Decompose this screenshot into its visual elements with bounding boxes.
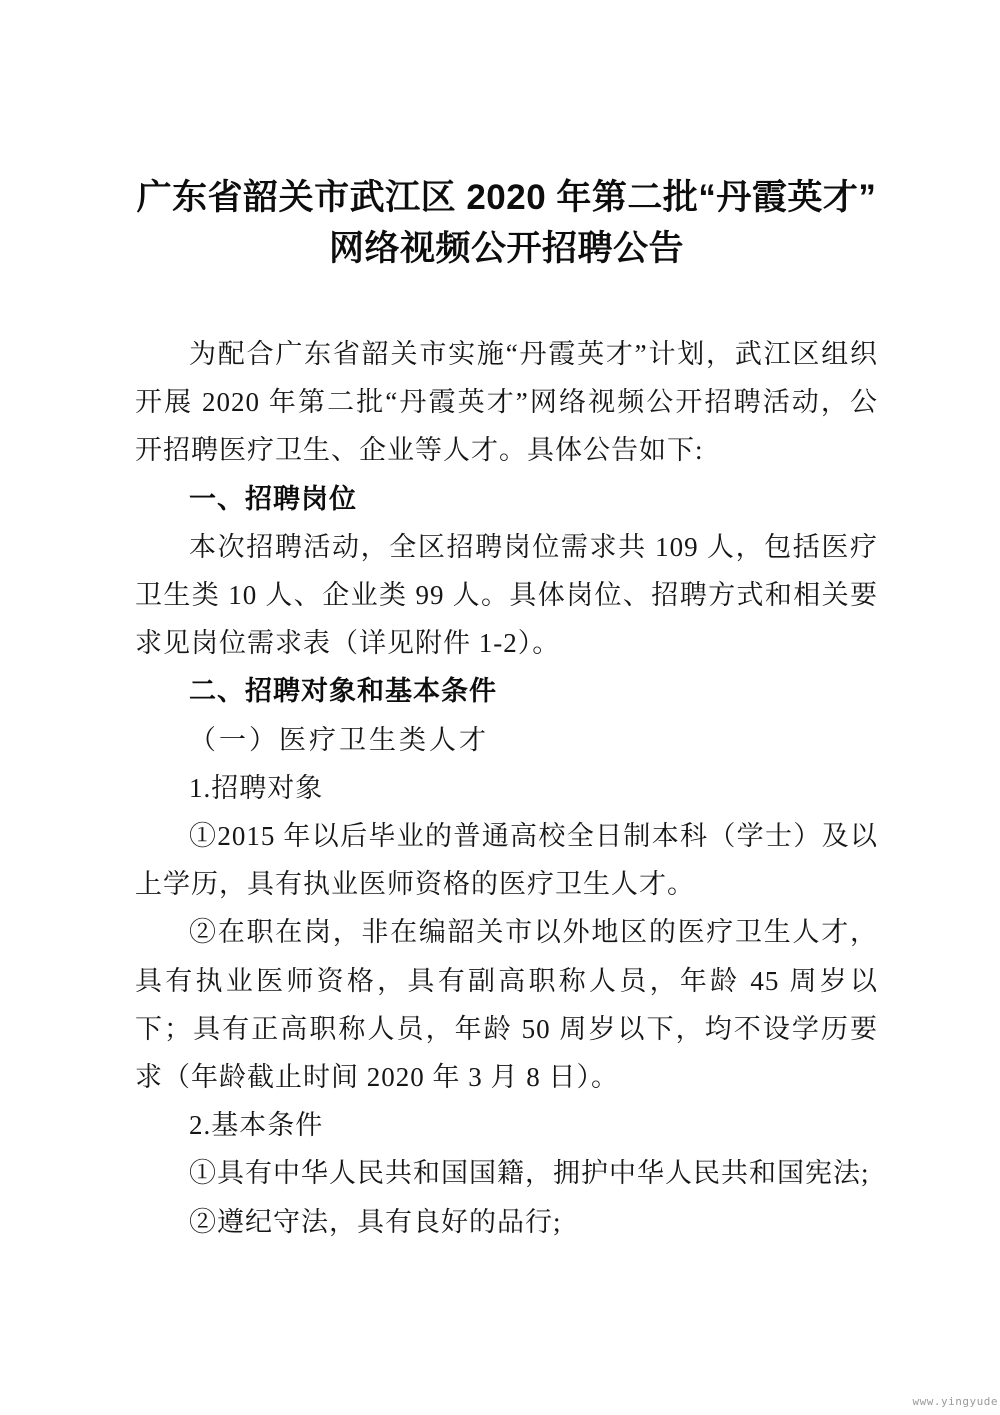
basic-condition-point-1: ①具有中华人民共和国国籍，拥护中华人民共和国宪法; [135,1149,878,1197]
watermark-text: www.yingyude [913,1395,998,1408]
document-content: 广东省韶关市武江区 2020 年第二批“丹霞英才” 网络视频公开招聘公告 为配合… [0,172,1000,1246]
document-page: 广东省韶关市武江区 2020 年第二批“丹霞英才” 网络视频公开招聘公告 为配合… [0,0,1000,1415]
section-1-paragraph: 本次招聘活动，全区招聘岗位需求共 109 人，包括医疗卫生类 10 人、企业类 … [135,523,878,668]
recruit-target-point-1: ①2015 年以后毕业的普通高校全日制本科（学士）及以上学历，具有执业医师资格的… [135,812,878,908]
basic-condition-heading: 2.基本条件 [135,1101,878,1149]
document-title: 广东省韶关市武江区 2020 年第二批“丹霞英才” 网络视频公开招聘公告 [135,172,878,274]
section-2-sub-1-heading: （一）医疗卫生类人才 [135,716,878,764]
basic-condition-point-2: ②遵纪守法，具有良好的品行; [135,1198,878,1246]
section-2-heading: 二、招聘对象和基本条件 [135,667,878,715]
recruit-target-heading: 1.招聘对象 [135,764,878,812]
section-1-heading: 一、招聘岗位 [135,475,878,523]
title-line-2: 网络视频公开招聘公告 [329,229,684,268]
intro-paragraph: 为配合广东省韶关市实施“丹霞英才”计划，武江区组织开展 2020 年第二批“丹霞… [135,330,878,475]
recruit-target-point-2: ②在职在岗，非在编韶关市以外地区的医疗卫生人才，具有执业医师资格，具有副高职称人… [135,908,878,1101]
title-line-1: 广东省韶关市武江区 2020 年第二批“丹霞英才” [137,178,877,217]
